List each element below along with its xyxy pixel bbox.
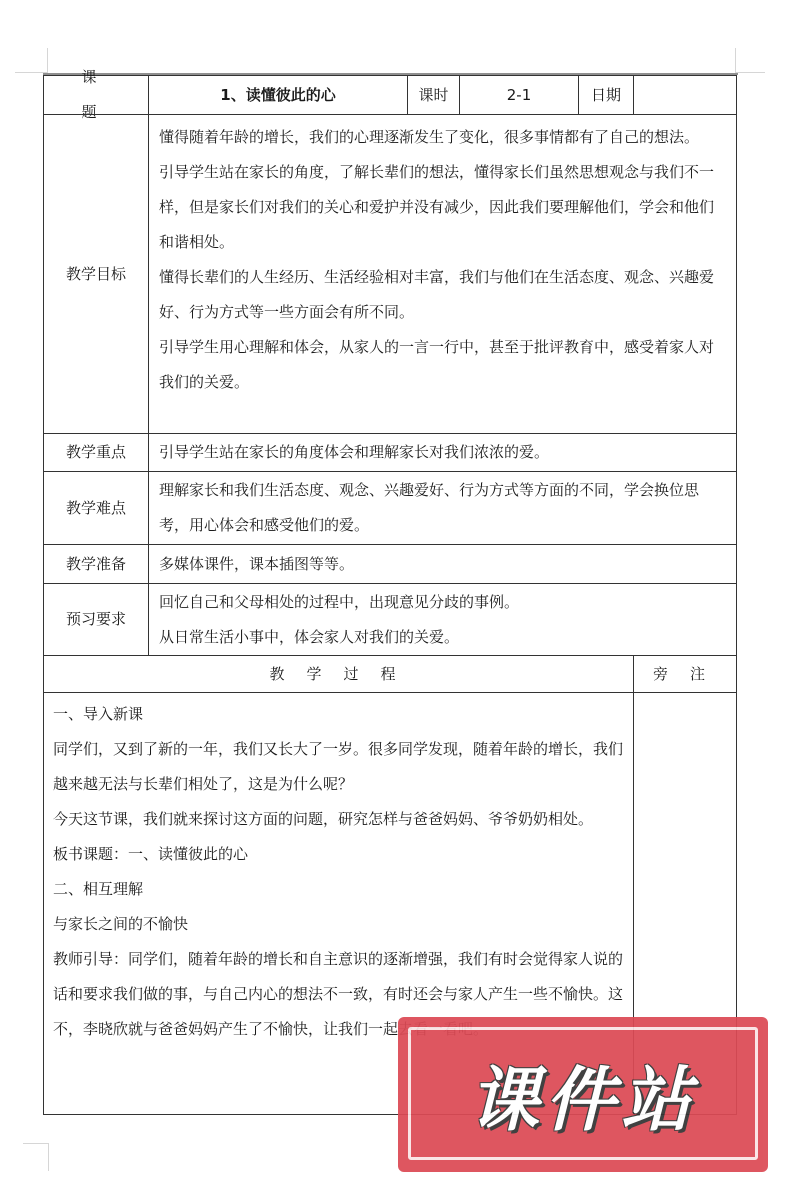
page-margin-corner (735, 72, 765, 74)
preview-item: 回忆自己和父母相处的过程中，出现意见分歧的事例。 (159, 585, 728, 620)
process-header: 教学过程 (43, 655, 634, 693)
objective-item: 懂得随着年龄的增长，我们的心理逐渐发生了变化，很多事情都有了自己的想法。 (159, 120, 728, 155)
preview-content: 回忆自己和父母相处的过程中，出现意见分歧的事例。 从日常生活小事中，体会家人对我… (148, 583, 737, 656)
process-paragraph: 与家长之间的不愉快 (53, 907, 625, 942)
date-value[interactable] (633, 75, 737, 115)
watermark-stamp: 课件站 (398, 1017, 768, 1172)
lesson-plan-table: 课 题 1、读懂彼此的心 课时 2-1 日期 教学目标 懂得随着年龄的增长，我们… (43, 75, 737, 1115)
preview-item: 从日常生活小事中，体会家人对我们的关爱。 (159, 620, 728, 655)
objectives-label: 教学目标 (43, 114, 149, 434)
preview-label: 预习要求 (43, 583, 149, 656)
process-paragraph: 一、导入新课 (53, 697, 625, 732)
objective-item: 懂得长辈们的人生经历、生活经验相对丰富，我们与他们在生活态度、观念、兴趣爱好、行… (159, 260, 728, 330)
page-margin-corner (23, 1143, 49, 1145)
process-paragraph: 二、相互理解 (53, 872, 625, 907)
page-margin-corner (735, 48, 737, 72)
objective-item: 引导学生站在家长的角度，了解长辈们的想法，懂得家长们虽然思想观念与我们不一样，但… (159, 155, 728, 260)
topic-label: 课 题 (43, 75, 149, 115)
preparation-label: 教学准备 (43, 544, 149, 584)
process-paragraph: 今天这节课，我们就来探讨这方面的问题，研究怎样与爸爸妈妈、爷爷奶奶相处。 (53, 802, 625, 837)
process-paragraph: 同学们，又到了新的一年，我们又长大了一岁。很多同学发现，随着年龄的增长，我们越来… (53, 732, 625, 802)
watermark-text: 课件站 (469, 1044, 697, 1145)
period-value: 2-1 (459, 75, 579, 115)
preparation-content: 多媒体课件，课本插图等等。 (148, 544, 737, 584)
date-label: 日期 (578, 75, 634, 115)
topic-value: 1、读懂彼此的心 (148, 75, 408, 115)
objective-item: 引导学生用心理解和体会，从家人的一言一行中，甚至于批评教育中，感受着家人对我们的… (159, 330, 728, 400)
focus-content: 引导学生站在家长的角度体会和理解家长对我们浓浓的爱。 (148, 433, 737, 472)
focus-label: 教学重点 (43, 433, 149, 472)
notes-header: 旁注 (633, 655, 737, 693)
objectives-content: 懂得随着年龄的增长，我们的心理逐渐发生了变化，很多事情都有了自己的想法。 引导学… (148, 114, 737, 434)
period-label: 课时 (407, 75, 460, 115)
difficulty-label: 教学难点 (43, 471, 149, 545)
process-paragraph: 板书课题：一、读懂彼此的心 (53, 837, 625, 872)
difficulty-content: 理解家长和我们生活态度、观念、兴趣爱好、行为方式等方面的不同，学会换位思考，用心… (148, 471, 737, 545)
page-margin-corner (48, 1143, 50, 1171)
